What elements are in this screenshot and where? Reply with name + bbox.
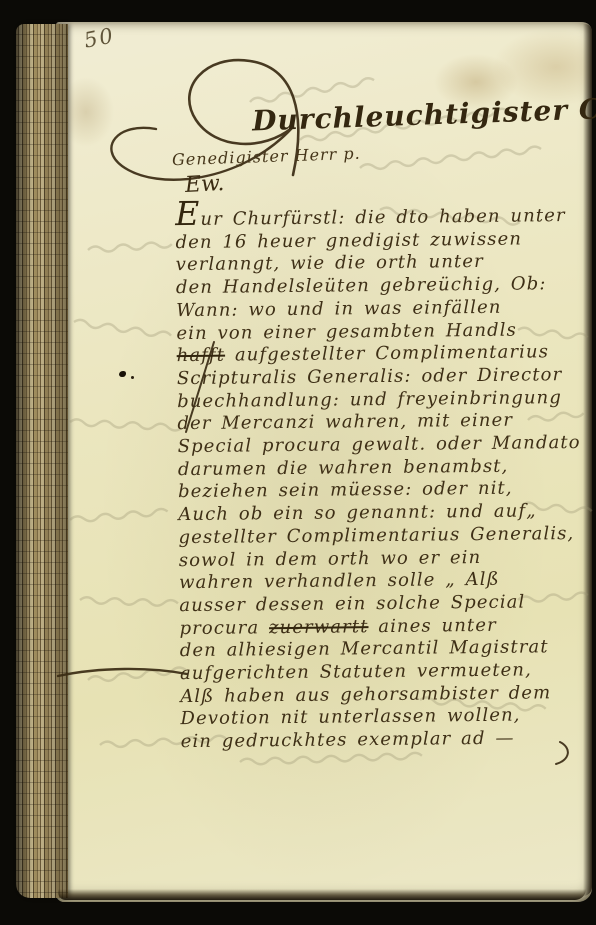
manuscript-text: ein von einer gesambten Handls [176, 319, 517, 344]
book-binding-edge [16, 24, 68, 898]
manuscript-text: aufgestellter Complimentarius [225, 341, 549, 365]
ink-speck [131, 376, 134, 379]
manuscript-line: Special procura gewalt. oder Mandato [178, 432, 590, 459]
manuscript-text: Eur Churfürstl: die dto haben unter [175, 205, 566, 230]
manuscript-text: den 16 heuer gnedigist zuwissen [175, 228, 522, 253]
manuscript-line: Eur Churfürstl: die dto haben unter [175, 205, 587, 232]
manuscript-text: darumen die wahren benambst, [178, 455, 509, 479]
manuscript-text: gestellter Complimentarius Generalis, [178, 523, 574, 548]
manuscript-text: Scripturalis Generalis: oder Director [177, 364, 563, 389]
struck-word: hafft [177, 345, 226, 367]
manuscript-text: Alß haben aus gehorsambister dem [180, 682, 551, 707]
manuscript-text: ein gedruckhtes exemplar ad — [181, 728, 515, 752]
manuscript-text: wahren verhandlen solle „ Alß [179, 569, 500, 593]
struck-word: zuerwartt [269, 616, 369, 638]
manuscript-body: Eur Churfürstl: die dto haben unterden 1… [175, 205, 593, 754]
manuscript-text: Wann: wo und in was einfällen [176, 297, 501, 321]
manuscript-text: der Mercanzi wahren, mit einer [177, 410, 513, 435]
manuscript-line: gestellter Complimentarius Generalis, [178, 523, 590, 550]
manuscript-text: den alhiesigen Mercantil Magistrat [180, 637, 549, 662]
manuscript-line: ein gedruckhtes exemplar ad — [181, 727, 593, 754]
manuscript-text: beziehen sein müesse: oder nit, [178, 478, 513, 503]
manuscript-text: Special procura gewalt. oder Mandato [178, 432, 581, 457]
manuscript-text: aines unter [368, 614, 497, 636]
manuscript-line: buechhandlung: und freyeinbringung [177, 386, 589, 413]
manuscript-text: Devotion nit unterlassen wollen, [180, 705, 520, 730]
manuscript-text: den Handelsleüten gebreüchig, Ob: [176, 273, 547, 298]
manuscript-scan: 50 Durchleuchtigister Churfürst Genedigi… [0, 0, 596, 925]
manuscript-text: aufgerichten Statuten vermueten, [180, 660, 532, 685]
manuscript-text: buechhandlung: und freyeinbringung [177, 387, 562, 412]
manuscript-text: sowol in dem orth wo er ein [179, 547, 482, 571]
manuscript-text: verlanngt, wie die orth unter [176, 251, 484, 275]
page-bottom-edge [58, 889, 586, 900]
manuscript-text: procura [179, 617, 269, 639]
manuscript-text: ausser dessen ein solche Special [179, 591, 525, 616]
manuscript-line: den Handelsleüten gebreüchig, Ob: [176, 273, 588, 300]
manuscript-text: Auch ob ein so genannt: und auf„ [178, 501, 536, 526]
